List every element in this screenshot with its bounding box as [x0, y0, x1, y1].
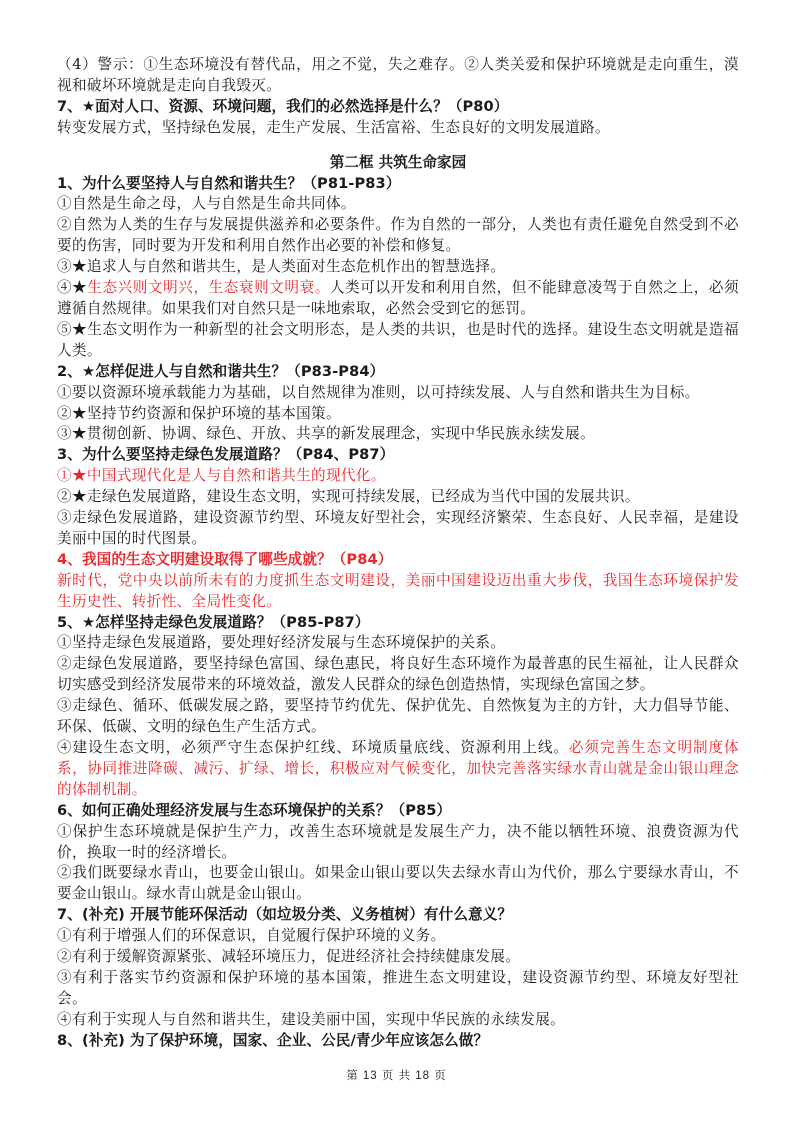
question-title: 1、为什么要坚持人与自然和谐共生？（P81-P83）	[57, 174, 739, 195]
question-title: 7、(补充) 开展节能环保活动（如垃圾分类、义务植树）有什么意义？	[57, 905, 739, 926]
answer-item-highlighted: ①★中国式现代化是人与自然和谐共生的现代化。	[57, 466, 739, 487]
answer-item: ①有利于增强人们的环保意识，自觉履行保护环境的义务。	[57, 926, 739, 947]
answer-item: ⑤★生态文明作为一种新型的社会文明形态，是人类的共识，也是时代的选择。建设生态文…	[57, 320, 739, 362]
answer-item: ③★追求人与自然和谐共生，是人类面对生态危机作出的智慧选择。	[57, 257, 739, 278]
answer-item: ③走绿色、循环、低碳发展之路，要坚持节约优先、保护优先、自然恢复为主的方针，大力…	[57, 696, 739, 738]
answer-item: ①要以资源环境承载能力为基础，以自然规律为准则，以可持续发展、人与自然和谐共生为…	[57, 383, 739, 404]
answer-item: ①自然是生命之母，人与自然是生命共同体。	[57, 194, 739, 215]
answer-item: ③★贯彻创新、协调、绿色、开放、共享的新发展理念，实现中华民族永续发展。	[57, 424, 739, 445]
answer-item: ②有利于缓解资源紧张、减轻环境压力，促进经济社会持续健康发展。	[57, 947, 739, 968]
answer-item: ④有利于实现人与自然和谐共生，建设美丽中国，实现中华民族的永续发展。	[57, 1010, 739, 1031]
answer-item: ①保护生态环境就是保护生产力，改善生态环境就是发展生产力，决不能以牺牲环境、浪费…	[57, 822, 739, 864]
question-title: 5、★怎样坚持走绿色发展道路？（P85-P87）	[57, 613, 739, 634]
answer-item: ②我们既要绿水青山，也要金山银山。如果金山银山要以失去绿水青山为代价，那么宁要绿…	[57, 863, 739, 905]
page-number-footer: 第 13 页 共 18 页	[0, 1067, 793, 1083]
question-title-highlighted: 4、我国的生态文明建设取得了哪些成就？（P84）	[57, 550, 739, 571]
section-title: 第二框 共筑生命家园	[57, 153, 739, 174]
answer-item-highlighted: 新时代，党中央以前所未有的力度抓生态文明建设，美丽中国建设迈出重大步伐，我国生态…	[57, 571, 739, 613]
document-page: （4）警示：①生态环境没有替代品，用之不觉，失之难存。②人类关爱和保护环境就是走…	[57, 55, 739, 1052]
answer-item: ①坚持走绿色发展道路，要处理好经济发展与生态环境保护的关系。	[57, 633, 739, 654]
answer-item: ②走绿色发展道路，要坚持绿色富国、绿色惠民，将良好生态环境作为最普惠的民生福祉，…	[57, 654, 739, 696]
highlighted-text: 生态兴则文明兴，生态衰则文明衰。	[87, 279, 330, 296]
answer-prefix: ④★	[57, 279, 87, 296]
answer-prefix: ④建设生态文明，必须严守生态保护红线、环境质量底线、资源利用上线。	[57, 739, 569, 756]
answer-item: ④建设生态文明，必须严守生态保护红线、环境质量底线、资源利用上线。必须完善生态文…	[57, 738, 739, 801]
question-7-title: 7、★面对人口、资源、环境问题，我们的必然选择是什么？（P80）	[57, 97, 739, 118]
question-7-answer: 转变发展方式，坚持绿色发展，走生产发展、生活富裕、生态良好的文明发展道路。	[57, 118, 739, 139]
answer-item: ③走绿色发展道路，建设资源节约型、环境友好型社会，实现经济繁荣、生态良好、人民幸…	[57, 508, 739, 550]
question-title: 6、如何正确处理经济发展与生态环境保护的关系？（P85）	[57, 801, 739, 822]
question-title: 8、(补充) 为了保护环境，国家、企业、公民/青少年应该怎么做？	[57, 1031, 739, 1052]
answer-item: ②自然为人类的生存与发展提供滋养和必要条件。作为自然的一部分，人类也有责任避免自…	[57, 215, 739, 257]
question-title: 3、为什么要坚持走绿色发展道路？（P84、P87）	[57, 445, 739, 466]
question-title: 2、★怎样促进人与自然和谐共生？（P83-P84）	[57, 362, 739, 383]
answer-item: ④★生态兴则文明兴，生态衰则文明衰。人类可以开发和利用自然，但不能肆意凌驾于自然…	[57, 278, 739, 320]
warning-paragraph: （4）警示：①生态环境没有替代品，用之不觉，失之难存。②人类关爱和保护环境就是走…	[57, 55, 739, 97]
answer-item: ③有利于落实节约资源和保护环境的基本国策，推进生态文明建设，建设资源节约型、环境…	[57, 968, 739, 1010]
answer-item: ②★坚持节约资源和保护环境的基本国策。	[57, 404, 739, 425]
answer-item: ②★走绿色发展道路，建设生态文明，实现可持续发展，已经成为当代中国的发展共识。	[57, 487, 739, 508]
